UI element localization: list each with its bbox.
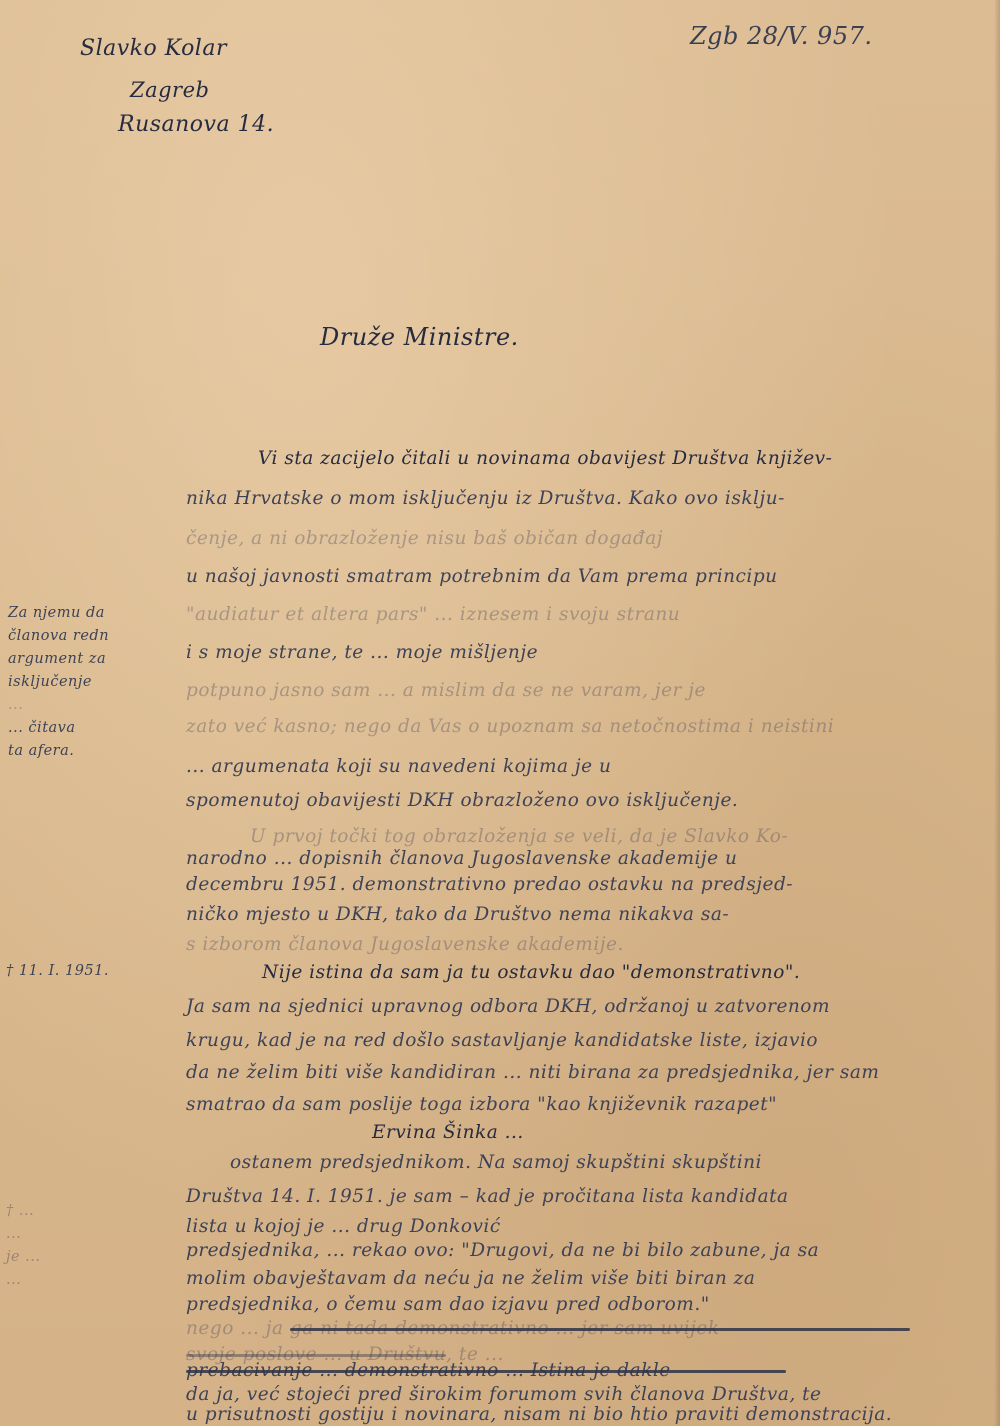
margin-note-line: argument za — [8, 648, 109, 671]
body-line: smatrao da sam poslije toga izbora "kao … — [186, 1094, 777, 1115]
body-line: Ja sam na sjednici upravnog odbora DKH, … — [186, 996, 830, 1017]
body-line: narodno ... dopisnih članova Jugoslavens… — [186, 848, 737, 869]
body-line: Ervina Šinka ... — [372, 1122, 524, 1143]
body-line: i s moje strane, te ... moje mišljenje — [186, 642, 538, 663]
body-line: potpuno jasno sam ... a mislim da se ne … — [186, 680, 706, 701]
margin-note-1: Za njemu da članova redn argument za isk… — [8, 602, 109, 763]
body-line: u prisutnosti gostiju i novinara, nisam … — [186, 1404, 892, 1425]
sender-city: Zagreb — [130, 78, 209, 102]
body-line: ostanem predsjednikom. Na samoj skupštin… — [230, 1152, 762, 1173]
body-line: molim obavještavam da neću ja ne želim v… — [186, 1268, 755, 1289]
strikethrough-mark — [186, 1354, 446, 1357]
strikethrough-mark — [186, 1370, 786, 1373]
margin-note-line: članova redn — [8, 625, 109, 648]
body-line: s izborom članova Jugoslavenske akademij… — [186, 934, 624, 955]
body-line: ničko mjesto u DKH, tako da Društvo nema… — [186, 904, 729, 925]
body-line: spomenutoj obavijesti DKH obrazloženo ov… — [186, 790, 738, 811]
salutation: Druže Ministre. — [320, 323, 519, 351]
body-line: krugu, kad je na red došlo sastavljanje … — [186, 1030, 818, 1051]
body-line: nika Hrvatske o mom isključenju iz Društ… — [186, 488, 785, 509]
margin-note-line: ta afera. — [8, 740, 109, 763]
margin-note-line: ... čitava — [8, 717, 109, 740]
body-line: Društva 14. I. 1951. je sam – kad je pro… — [186, 1186, 789, 1207]
margin-note-line: je ... — [6, 1246, 41, 1269]
margin-note-line: ... — [8, 694, 109, 717]
body-line: zato već kasno; nego da Vas o upoznam sa… — [186, 716, 834, 737]
letter-date: Zgb 28/V. 957. — [690, 22, 873, 50]
body-line: "audiatur et altera pars" ... iznesem i … — [186, 604, 680, 625]
margin-note-line: † ... — [6, 1200, 41, 1223]
body-line: čenje, a ni obrazloženje nisu baš običan… — [186, 528, 663, 549]
body-line: da ne želim biti više kandidiran ... nit… — [186, 1062, 879, 1083]
strikethrough-mark — [290, 1328, 910, 1331]
body-line: ... argumenata koji su navedeni kojima j… — [186, 756, 611, 777]
margin-note-2: † 11. I. 1951. — [6, 960, 109, 983]
body-line: predsjednika, o čemu sam dao izjavu pred… — [186, 1294, 710, 1315]
sender-street: Rusanova 14. — [118, 112, 274, 137]
body-line: U prvoj točki tog obrazloženja se veli, … — [250, 826, 788, 847]
sender-name: Slavko Kolar — [80, 36, 227, 61]
margin-note-line: Za njemu da — [8, 602, 109, 625]
body-line: da ja, već stojeći pred širokim forumom … — [186, 1384, 822, 1405]
letter-page: Slavko Kolar Zagreb Rusanova 14. Zgb 28/… — [0, 0, 1000, 1426]
body-line: decembru 1951. demonstrativno predao ost… — [186, 874, 793, 895]
body-line: u našoj javnosti smatram potrebnim da Va… — [186, 566, 778, 587]
margin-note-3: † ... ... je ... ... — [6, 1200, 41, 1292]
body-line: Nije istina da sam ja tu ostavku dao "de… — [262, 962, 800, 983]
body-line: lista u kojoj je ... drug Donković — [186, 1216, 501, 1237]
margin-note-line: ... — [6, 1269, 41, 1292]
page-edge-shadow — [994, 0, 1000, 1426]
body-line: Vi sta zacijelo čitali u novinama obavij… — [258, 448, 832, 469]
margin-note-line: ... — [6, 1223, 41, 1246]
body-line: predsjednika, ... rekao ovo: "Drugovi, d… — [186, 1240, 819, 1261]
margin-note-line: isključenje — [8, 671, 109, 694]
margin-note-line: † 11. I. 1951. — [6, 960, 109, 983]
